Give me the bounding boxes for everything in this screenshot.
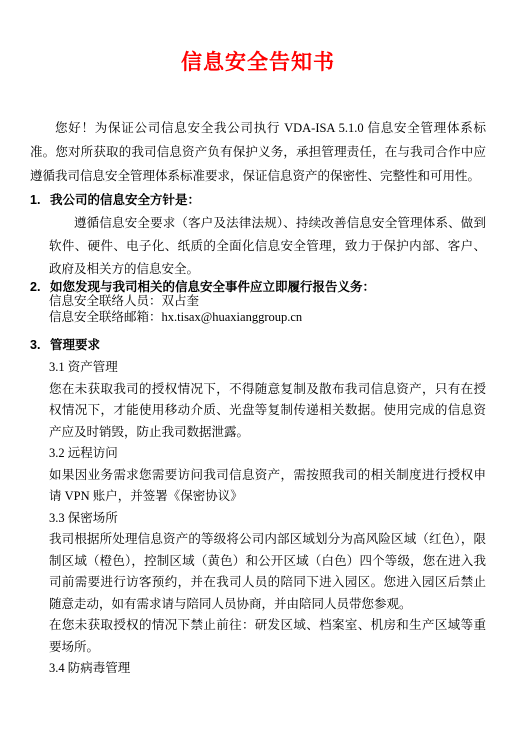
subsection-asset-management: 3.1 资产管理 您在未获取我司的授权情况下，不得随意复制及散布我司信息资产，只… [49, 357, 486, 443]
section-incident-report: 2. 如您发现与我司相关的信息安全事件应立即履行报告义务： 信息安全联络人员：双… [30, 275, 486, 325]
subsection-remote-access: 3.2 远程访问 如果因业务需求您需要访问我司信息资产，需按照我司的相关制度进行… [49, 443, 486, 508]
subsection-body: 如果因业务需求您需要访问我司信息资产，需按照我司的相关制度进行授权申请 VPN … [49, 465, 486, 508]
section-number: 1. [30, 188, 50, 212]
subsection-secure-areas: 3.3 保密场所 我司根据所处理信息资产的等级将公司内部区域划分为高风险区域（红… [49, 508, 486, 659]
section-management-requirements: 3. 管理要求 3.1 资产管理 您在未获取我司的授权情况下，不得随意复制及散布… [30, 333, 486, 680]
section-number: 3. [30, 333, 50, 357]
section-heading: 管理要求 [50, 333, 100, 357]
section-body: 遵循信息安全要求（客户及法律法规）、持续改善信息安全管理体系、做到软件、硬件、电… [49, 212, 486, 281]
section-heading-row: 1. 我公司的信息安全方针是： [30, 188, 486, 212]
subsection-body-restricted-places: 在您未获取授权的情况下禁止前往：研发区域、档案室、机房和生产区域等重要场所。 [49, 615, 486, 658]
section-number: 2. [30, 275, 50, 299]
subsection-label: 3.3 保密场所 [49, 508, 486, 530]
subsection-antivirus-management: 3.4 防病毒管理 [49, 658, 486, 680]
document-page: 信息安全告知书 您好！为保证公司信息安全我公司执行 VDA-ISA 5.1.0 … [0, 0, 517, 729]
contact-email-line: 信息安全联络邮箱：hx.tisax@huaxianggroup.cn [49, 309, 486, 325]
subsection-body: 您在未获取我司的授权情况下，不得随意复制及散布我司信息资产，只有在授权情况下，才… [49, 379, 486, 444]
subsection-label: 3.1 资产管理 [49, 357, 486, 379]
intro-paragraph: 您好！为保证公司信息安全我公司执行 VDA-ISA 5.1.0 信息安全管理体系… [30, 116, 486, 188]
document-title: 信息安全告知书 [30, 50, 486, 76]
subsection-label: 3.2 远程访问 [49, 443, 486, 465]
subsection-label: 3.4 防病毒管理 [49, 658, 486, 680]
subsection-body: 我司根据所处理信息资产的等级将公司内部区域划分为高风险区域（红色），限制区域（橙… [49, 529, 486, 615]
section-heading: 我公司的信息安全方针是： [50, 188, 200, 212]
section-policy: 1. 我公司的信息安全方针是： 遵循信息安全要求（客户及法律法规）、持续改善信息… [30, 188, 486, 281]
section-heading-row: 3. 管理要求 [30, 333, 486, 357]
